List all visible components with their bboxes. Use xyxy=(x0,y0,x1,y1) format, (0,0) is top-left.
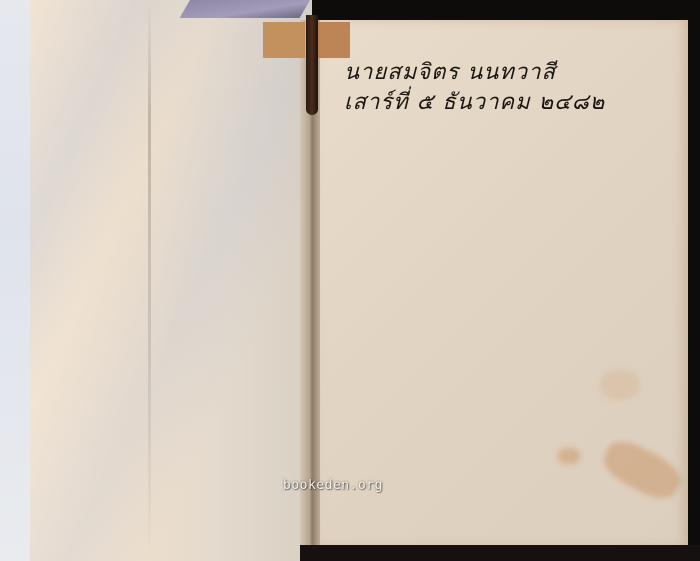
left-flyleaf-page xyxy=(30,0,312,561)
foxing-stain xyxy=(600,370,640,400)
book-photo: นายสมจิตร นนทวาสี เสาร์ที่ ๕ ธันวาคม ๒๔๘… xyxy=(0,0,700,561)
bottom-cover-edge xyxy=(300,545,700,561)
inscription-line-date: เสาร์ที่ ๕ ธันวาคม ๒๔๘๒ xyxy=(344,88,664,118)
cover-edge xyxy=(180,0,310,18)
right-endpaper-page: นายสมจิตร นนทวาสี เสาร์ที่ ๕ ธันวาคม ๒๔๘… xyxy=(320,20,688,547)
page-crease xyxy=(148,0,151,561)
tape-strip-right xyxy=(318,22,350,58)
tape-strip-left xyxy=(263,22,305,58)
spine-binding xyxy=(306,15,318,115)
foxing-stain xyxy=(558,448,580,464)
foxing-stain xyxy=(597,434,686,507)
background-surface xyxy=(0,0,34,561)
handwritten-inscription: นายสมจิตร นนทวาสี เสาร์ที่ ๕ ธันวาคม ๒๔๘… xyxy=(344,58,664,118)
inscription-line-name: นายสมจิตร นนทวาสี xyxy=(344,58,664,88)
watermark: bookeden.org xyxy=(283,478,383,493)
